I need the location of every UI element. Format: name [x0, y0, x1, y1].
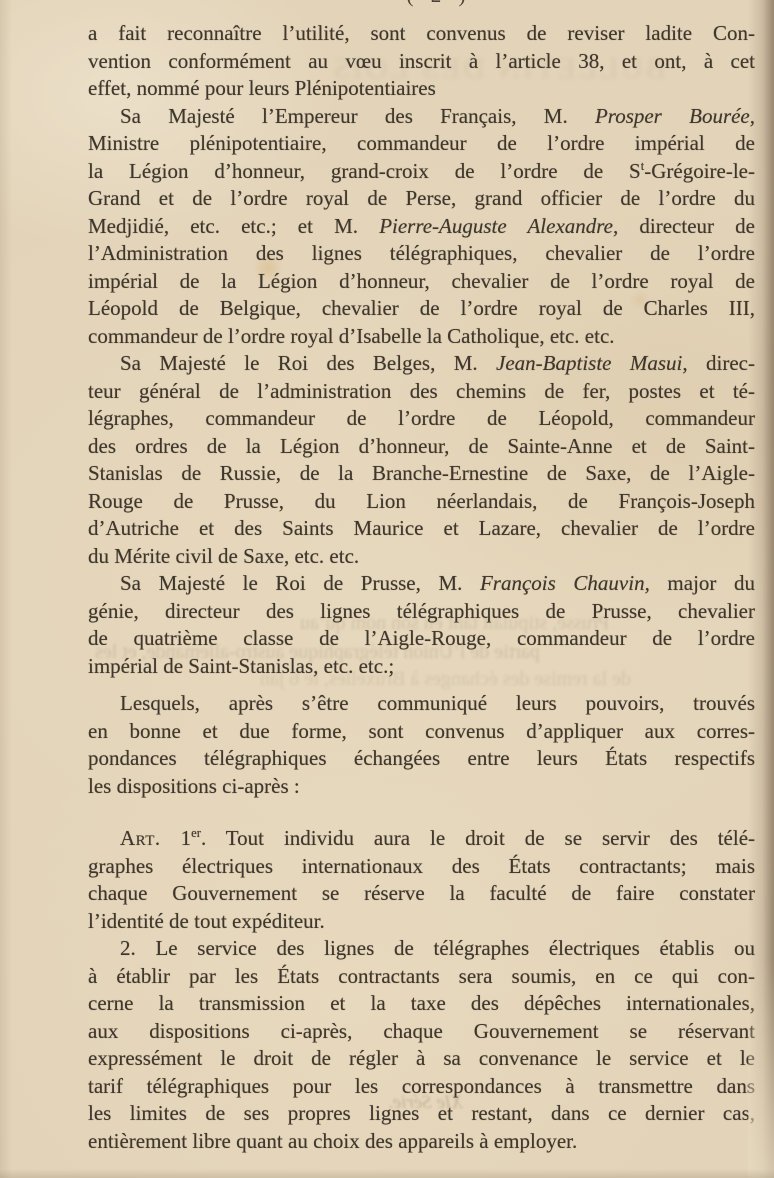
text-line: cerne la transmission et la taxe des dép…: [88, 990, 755, 1018]
text-line: chaque Gouvernement se réserve la facult…: [88, 880, 755, 908]
text-line: Lesquels, après s’être communiqué leurs …: [88, 690, 755, 718]
text-segment: de quatrième classe de l’Aigle-Rouge, co…: [88, 626, 755, 650]
text-segment: Rouge de Prusse, du Lion néerlandais, de…: [88, 489, 755, 513]
paragraph: Sa Majesté le Roi des Belges, M. Jean-Ba…: [88, 350, 755, 570]
text-segment: effet, nommé pour leurs Plénipotentiaire…: [88, 76, 436, 100]
text-segment: tarif télégraphiques pour les correspond…: [88, 1074, 755, 1098]
page-bottom-edge-shadow: [0, 1169, 774, 1178]
text-line: expressément le droit de régler à sa con…: [88, 1045, 755, 1073]
text-segment: aux dispositions ci-après, chaque Gouver…: [88, 1019, 755, 1043]
text-line: Ministre plénipotentiaire, commandeur de…: [88, 130, 755, 158]
text-segment: l’Administration des lignes télégraphiqu…: [88, 241, 755, 265]
paragraph: a fait reconnaître l’utilité, sont conve…: [88, 20, 755, 103]
text-segment: Medjidié, etc. etc.; et M.: [88, 214, 379, 238]
text-line: aux dispositions ci-après, chaque Gouver…: [88, 1018, 755, 1046]
text-line: Grand et de l’ordre royal de Perse, gran…: [88, 185, 755, 213]
page-left-edge-shadow: [0, 0, 12, 1178]
text-line: Medjidié, etc. etc.; et M. Pierre-August…: [88, 213, 755, 241]
page-right-edge-shadow: [748, 0, 774, 1178]
text-segment: Lesquels, après s’être communiqué leurs …: [120, 691, 755, 715]
text-segment: directeur de: [618, 214, 755, 238]
paragraph: Art. 1er. Tout individu aura le droit de…: [88, 825, 755, 935]
text-segment: Léopold de Belgique, chevalier de l’ordr…: [88, 296, 755, 320]
text-line: en bonne et due forme, sont convenus d’a…: [88, 718, 755, 746]
text-line: tarif télégraphiques pour les correspond…: [88, 1073, 755, 1101]
text-segment: -Grégoire-le-: [644, 159, 755, 183]
italic-name: François Chauvin,: [480, 571, 650, 595]
text-line: l’Administration des lignes télégraphiqu…: [88, 240, 755, 268]
paragraph: Sa Majesté le Roi de Prusse, M. François…: [88, 570, 755, 680]
text-segment: Sa Majesté le Roi des Belges, M.: [120, 351, 496, 375]
text-segment: l’identité de tout expéditeur.: [88, 909, 325, 933]
text-line: Sa Majesté le Roi de Prusse, M. François…: [88, 570, 755, 598]
text-line: graphes électriques internationaux des É…: [88, 853, 755, 881]
scanned-document-page: BULLETIN DES LOIS Prusse, stipulait tant…: [0, 0, 774, 1178]
text-segment: les dispositions ci-après :: [88, 774, 300, 798]
text-segment: a fait reconnaître l’utilité, sont conve…: [88, 21, 755, 45]
paragraph: Lesquels, après s’être communiqué leurs …: [88, 690, 755, 800]
text-segment: 1: [161, 826, 191, 850]
text-segment: légraphes, commandeur de l’ordre de Léop…: [88, 406, 755, 430]
paragraph: Sa Majesté l’Empereur des Français, M. P…: [88, 103, 755, 351]
text-line: commandeur de l’ordre royal d’Isabelle l…: [88, 323, 755, 351]
page-number: ( 2 ): [396, 0, 482, 8]
text-line: les dispositions ci-après :: [88, 773, 755, 801]
text-line: des ordres de la Légion d’honneur, de Sa…: [88, 433, 755, 461]
text-segment: les limites de ses propres lignes et res…: [88, 1101, 755, 1125]
text-segment: . Tout individu aura le droit de se serv…: [201, 826, 755, 850]
text-segment: impérial de la Légion d’honneur, chevali…: [88, 269, 755, 293]
document-text: a fait reconnaître l’utilité, sont conve…: [88, 20, 755, 1155]
italic-name: Prosper Bourée,: [595, 104, 755, 128]
text-segment: cerne la transmission et la taxe des dép…: [88, 991, 755, 1015]
text-line: teur général de l’administration des che…: [88, 378, 755, 406]
text-segment: Sa Majesté l’Empereur des Français, M.: [120, 104, 595, 128]
text-line: les limites de ses propres lignes et res…: [88, 1100, 755, 1128]
text-segment: des ordres de la Légion d’honneur, de Sa…: [88, 434, 755, 458]
text-segment: entièrement libre quant au choix des app…: [88, 1129, 577, 1153]
text-segment: Stanislas de Russie, de la Branche-Ernes…: [88, 461, 755, 485]
text-line: effet, nommé pour leurs Plénipotentiaire…: [88, 75, 755, 103]
text-line: impérial de la Légion d’honneur, chevali…: [88, 268, 755, 296]
text-line: Stanislas de Russie, de la Branche-Ernes…: [88, 460, 755, 488]
text-line: vention conformément au vœu inscrit à l’…: [88, 48, 755, 76]
text-line: Sa Majesté le Roi des Belges, M. Jean-Ba…: [88, 350, 755, 378]
text-line: pondances télégraphiques échangées entre…: [88, 745, 755, 773]
text-line: légraphes, commandeur de l’ordre de Léop…: [88, 405, 755, 433]
text-segment: génie, directeur des lignes télégraphiqu…: [88, 599, 755, 623]
text-segment: en bonne et due forme, sont convenus d’a…: [88, 719, 755, 743]
superscript: er: [191, 826, 201, 840]
text-line: entièrement libre quant au choix des app…: [88, 1128, 755, 1156]
text-segment: Sa Majesté le Roi de Prusse, M.: [120, 571, 480, 595]
italic-name: Jean-Baptiste Masui,: [496, 351, 688, 375]
text-segment: à établir par les États contractants ser…: [88, 964, 755, 988]
text-line: Art. 1er. Tout individu aura le droit de…: [88, 825, 755, 853]
text-line: l’identité de tout expéditeur.: [88, 908, 755, 936]
italic-name: Pierre-Auguste Alexandre,: [379, 214, 618, 238]
text-line: Sa Majesté l’Empereur des Français, M. P…: [88, 103, 755, 131]
text-line: du Mérite civil de Saxe, etc. etc.: [88, 543, 755, 571]
text-line: à établir par les États contractants ser…: [88, 963, 755, 991]
text-segment: direc-: [688, 351, 755, 375]
text-line: 2. Le service des lignes de télégraphes …: [88, 935, 755, 963]
text-segment: graphes électriques internationaux des É…: [88, 854, 755, 878]
text-line: génie, directeur des lignes télégraphiqu…: [88, 598, 755, 626]
text-segment: commandeur de l’ordre royal d’Isabelle l…: [88, 324, 615, 348]
text-line: impérial de Saint-Stanislas, etc. etc.;: [88, 653, 755, 681]
text-segment: impérial de Saint-Stanislas, etc. etc.;: [88, 654, 394, 678]
text-line: de quatrième classe de l’Aigle-Rouge, co…: [88, 625, 755, 653]
text-segment: Ministre plénipotentiaire, commandeur de…: [88, 131, 755, 155]
text-segment: la Légion d’honneur, grand-croix de l’or…: [88, 159, 641, 183]
paragraph: 2. Le service des lignes de télégraphes …: [88, 935, 755, 1155]
text-segment: pondances télégraphiques échangées entre…: [88, 746, 755, 770]
text-segment: major du: [650, 571, 755, 595]
text-segment: expressément le droit de régler à sa con…: [88, 1046, 755, 1070]
text-line: a fait reconnaître l’utilité, sont conve…: [88, 20, 755, 48]
text-line: la Légion d’honneur, grand-croix de l’or…: [88, 158, 755, 186]
text-line: Léopold de Belgique, chevalier de l’ordr…: [88, 295, 755, 323]
text-segment: teur général de l’administration des che…: [88, 379, 755, 403]
text-segment: chaque Gouvernement se réserve la facult…: [88, 881, 755, 905]
text-segment: Grand et de l’ordre royal de Perse, gran…: [88, 186, 755, 210]
text-segment: du Mérite civil de Saxe, etc. etc.: [88, 544, 359, 568]
small-caps: Art.: [120, 826, 161, 850]
text-line: Rouge de Prusse, du Lion néerlandais, de…: [88, 488, 755, 516]
text-segment: 2. Le service des lignes de télégraphes …: [120, 936, 755, 960]
text-line: d’Autriche et des Saints Maurice et Laza…: [88, 515, 755, 543]
text-segment: d’Autriche et des Saints Maurice et Laza…: [88, 516, 755, 540]
text-segment: vention conformément au vœu inscrit à l’…: [88, 49, 755, 73]
